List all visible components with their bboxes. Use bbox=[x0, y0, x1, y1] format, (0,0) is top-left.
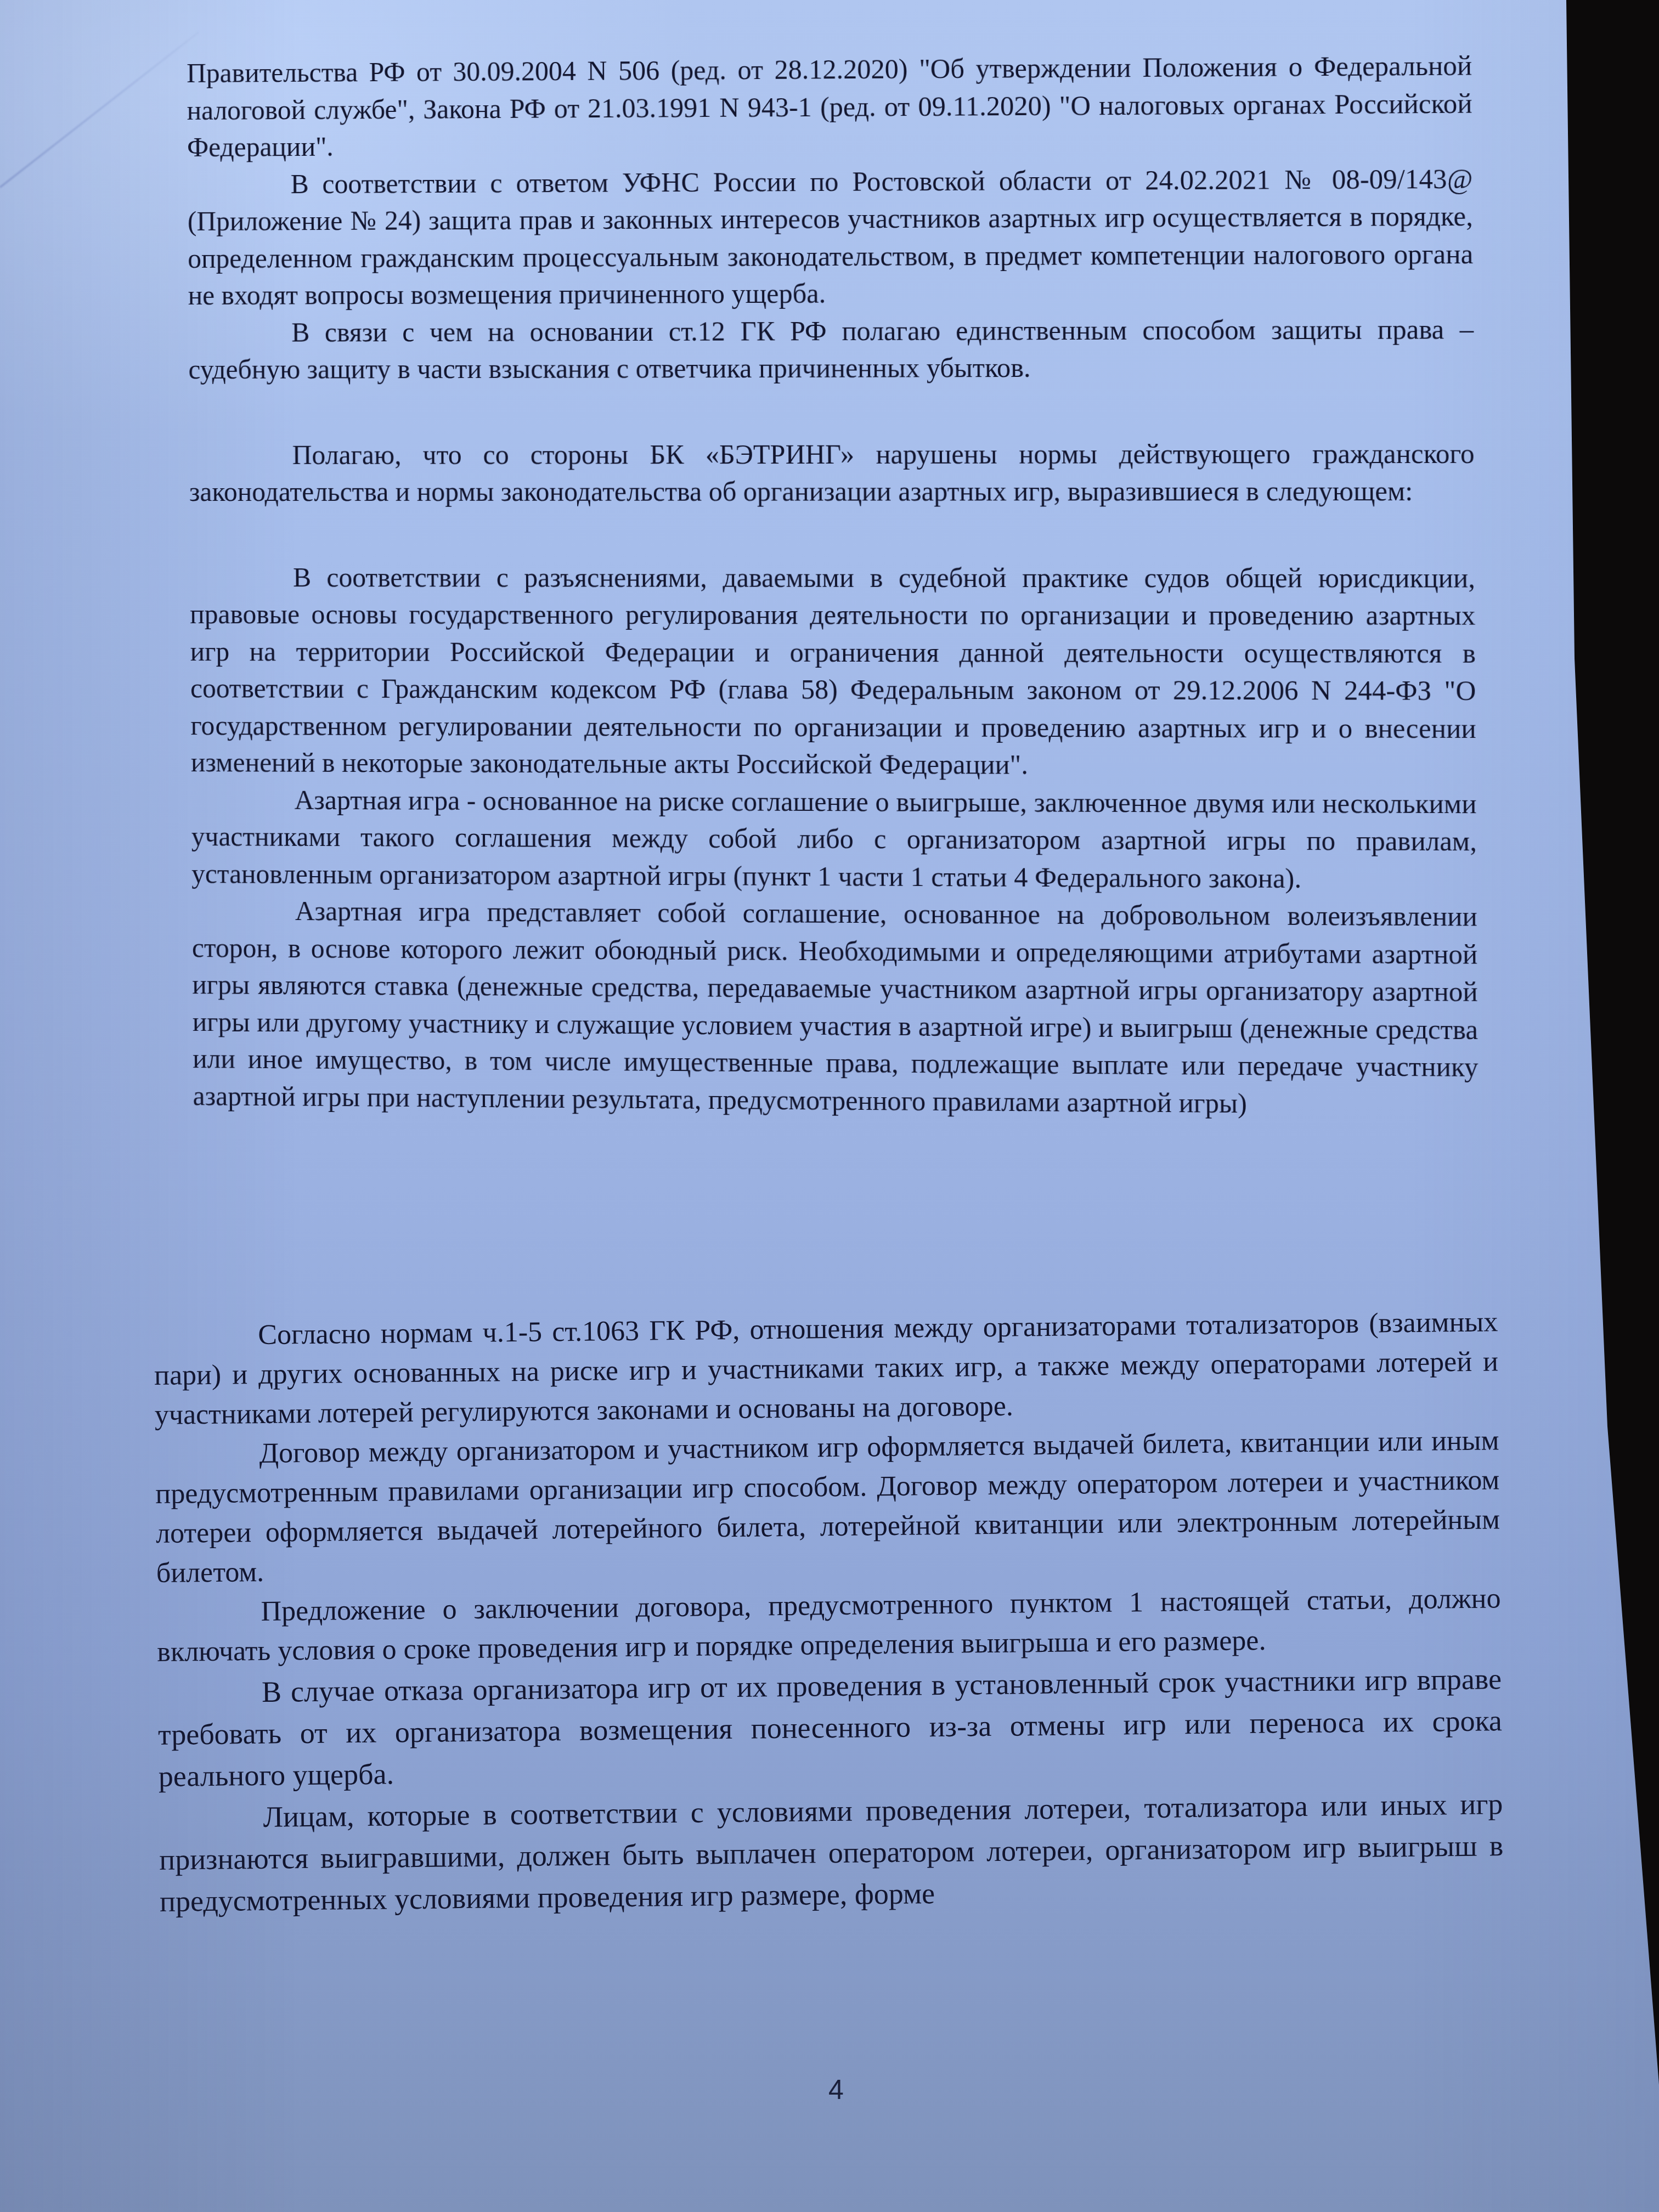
photo-frame: Правительства РФ от 30.09.2004 N 506 (ре… bbox=[0, 0, 1659, 2212]
paragraph-violations-intro: Полагаю, что со стороны БК «БЭТРИНГ» нар… bbox=[189, 435, 1475, 511]
paragraph-gambling-attributes: Азартная игра представляет собой соглаше… bbox=[191, 892, 1479, 1124]
upper-text-block: Правительства РФ от 30.09.2004 N 506 (ре… bbox=[187, 47, 1479, 1124]
paragraph-gambling-definition: Азартная игра - основанное на риске согл… bbox=[191, 781, 1477, 898]
page-number: 4 bbox=[828, 2074, 844, 2106]
lower-text-block: Согласно нормам ч.1-5 ст.1063 ГК РФ, отн… bbox=[154, 1302, 1504, 1922]
paragraph-contract-formation: Договор между организатором и участником… bbox=[155, 1421, 1500, 1593]
paragraph-ufns-response: В соответствии с ответом УФНС России по … bbox=[187, 160, 1474, 314]
paragraph-refusal-damages: В случае отказа организатора игр от их п… bbox=[157, 1658, 1503, 1797]
paper-crease bbox=[0, 31, 199, 188]
paragraph-legal-basis: В соответствии с разъяснениями, даваемым… bbox=[190, 559, 1477, 785]
paragraph-article-1063: Согласно нормам ч.1-5 ст.1063 ГК РФ, отн… bbox=[154, 1302, 1499, 1435]
paragraph-regulation-reference: Правительства РФ от 30.09.2004 N 506 (ре… bbox=[187, 47, 1472, 166]
paragraph-winnings-payment: Лицам, которые в соответствии с условиям… bbox=[159, 1783, 1504, 1922]
document-page: Правительства РФ от 30.09.2004 N 506 (ре… bbox=[0, 0, 1659, 2212]
paragraph-judicial-protection: В связи с чем на основании ст.12 ГК РФ п… bbox=[188, 311, 1474, 388]
paragraph-contract-offer: Предложение о заключении договора, преду… bbox=[156, 1579, 1501, 1672]
